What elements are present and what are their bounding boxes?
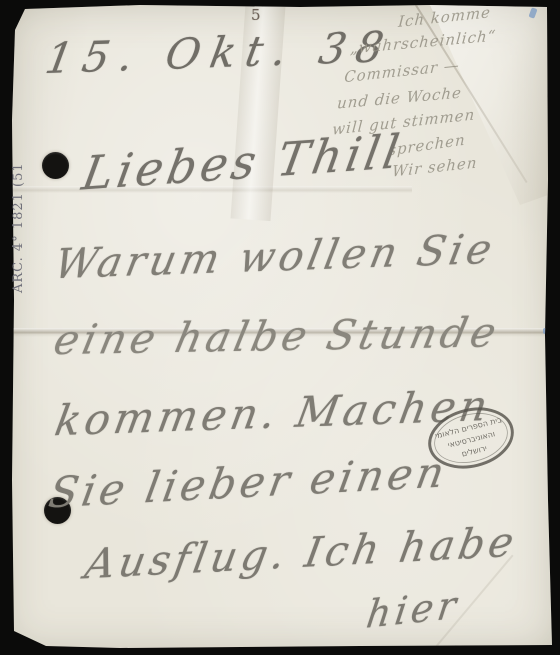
punch-hole-top xyxy=(42,152,69,179)
stamp-text-line: ירושלים xyxy=(461,444,488,459)
letter-line: eine halbe Stunde xyxy=(50,308,505,364)
archive-number: ARC. 4° 1821 (51 xyxy=(11,162,26,293)
ink-speck xyxy=(543,328,550,334)
page-number: 5 xyxy=(251,6,261,24)
